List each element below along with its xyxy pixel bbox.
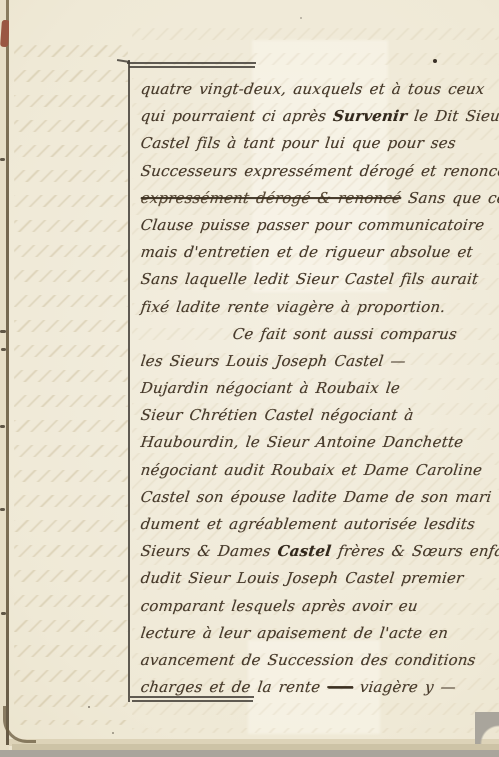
ink-speck — [433, 59, 437, 63]
handwriting: dudit Sieur Louis Joseph Castel premier — [140, 569, 465, 587]
manuscript-text: quatre vingt-deux, auxquels et à tous ce… — [139, 76, 495, 701]
handwriting: Survenir — [332, 107, 408, 125]
margin-ink-mark — [0, 158, 5, 161]
handwriting: Haubourdin, le Sieur Antoine Danchette — [140, 433, 465, 451]
manuscript-line: Sieur Chrétien Castel négociant à — [139, 402, 498, 429]
handwriting: fixé ladite rente viagère à proportion. — [140, 298, 447, 316]
margin-ink-mark — [0, 330, 6, 333]
manuscript-line: quatre vingt-deux, auxquels et à tous ce… — [139, 76, 498, 103]
handwriting: mais d'entretien et de rigueur absolue e… — [140, 243, 474, 261]
handwriting: Clause puisse passer pour communicatoire — [140, 216, 486, 234]
frame-top-rule — [127, 62, 256, 64]
handwriting: Sans laquelle ledit Sieur Castel fils au… — [140, 270, 480, 288]
manuscript-line: Castel fils à tant pour lui que pour ses — [139, 130, 498, 157]
handwriting: le Dit Sieur — [406, 107, 499, 125]
handwriting: Sans que cette — [400, 189, 499, 207]
photo-background-strip — [0, 750, 499, 757]
manuscript-line: comparant lesquels après avoir eu — [139, 593, 498, 620]
manuscript-line: Haubourdin, le Sieur Antoine Danchette — [139, 429, 498, 456]
handwriting: Castel fils à tant pour lui que pour ses — [140, 134, 457, 152]
handwriting: qui pourraient ci après — [140, 107, 335, 125]
handwriting: Sieurs & Dames — [140, 542, 279, 560]
scanned-document-photo: quatre vingt-deux, auxquels et à tous ce… — [0, 0, 499, 757]
frame-top-rule-double — [129, 66, 255, 68]
handwriting: Sieur Chrétien Castel négociant à — [140, 406, 415, 424]
manuscript-line: dudit Sieur Louis Joseph Castel premier — [139, 565, 498, 592]
manuscript-line: Sieurs & Dames Castel frères & Sœurs enf… — [139, 538, 498, 565]
margin-ink-mark — [1, 348, 6, 351]
handwriting: viagère y — — [352, 678, 457, 696]
manuscript-line: Sans laquelle ledit Sieur Castel fils au… — [139, 266, 498, 293]
ink-speck — [300, 17, 302, 19]
handwriting: Ce fait sont aussi comparus — [232, 325, 458, 343]
manuscript-line: Castel son épouse ladite Dame de son mar… — [139, 484, 498, 511]
handwriting: négociant audit Roubaix et Dame Caroline — [140, 461, 484, 479]
manuscript-line: Successeurs expressément dérogé et renon… — [139, 158, 498, 185]
manuscript-line: avancement de Succession des conditions — [139, 647, 498, 674]
handwriting: lecture à leur apaisement de l'acte en — [140, 624, 450, 642]
handwriting: charges et de la rente — [140, 678, 329, 696]
manuscript-line: qui pourraient ci après Survenir le Dit … — [139, 103, 498, 130]
ink-speck — [88, 706, 90, 708]
handwriting: Successeurs expressément dérogé et renon… — [140, 162, 499, 180]
manuscript-line: Clause puisse passer pour communicatoire — [139, 212, 498, 239]
handwriting: dument et agréablement autorisée lesdits — [140, 515, 476, 533]
handwriting: frères & Sœurs enfants — [330, 542, 499, 560]
struck-handwriting: ⸺ — [326, 678, 354, 696]
manuscript-line: négociant audit Roubaix et Dame Caroline — [139, 457, 498, 484]
manuscript-line: dument et agréablement autorisée lesdits — [139, 511, 498, 538]
manuscript-line: les Sieurs Louis Joseph Castel — — [139, 348, 498, 375]
margin-ink-mark — [1, 612, 6, 615]
manuscript-line: fixé ladite rente viagère à proportion. — [139, 294, 498, 321]
handwriting: Dujardin négociant à Roubaix le — [140, 379, 401, 397]
page-rounded-corner — [475, 712, 499, 744]
manuscript-line: Ce fait sont aussi comparus — [139, 321, 498, 348]
struck-handwriting: expressément dérogé & renoncé — [140, 189, 403, 207]
handwriting: Castel son épouse ladite Dame de son mar… — [140, 488, 493, 506]
handwriting: les Sieurs Louis Joseph Castel — — [140, 352, 407, 370]
frame-vertical-rule — [128, 60, 130, 702]
handwriting: comparant lesquels après avoir eu — [140, 597, 419, 615]
manuscript-line: expressément dérogé & renoncé Sans que c… — [139, 185, 498, 212]
ink-speck — [112, 732, 114, 734]
handwriting: quatre vingt-deux, auxquels et à tous ce… — [140, 80, 486, 98]
margin-ink-mark — [0, 425, 5, 428]
bleedthrough-ghost-margin — [14, 45, 128, 725]
manuscript-line: Dujardin négociant à Roubaix le — [139, 375, 498, 402]
manuscript-line: mais d'entretien et de rigueur absolue e… — [139, 239, 498, 266]
manuscript-line: charges et de la rente ⸺ viagère y — — [139, 674, 498, 701]
manuscript-line: lecture à leur apaisement de l'acte en — [139, 620, 498, 647]
margin-ink-mark — [0, 508, 5, 511]
handwriting: Castel — [277, 542, 333, 560]
handwriting: avancement de Succession des conditions — [140, 651, 477, 669]
